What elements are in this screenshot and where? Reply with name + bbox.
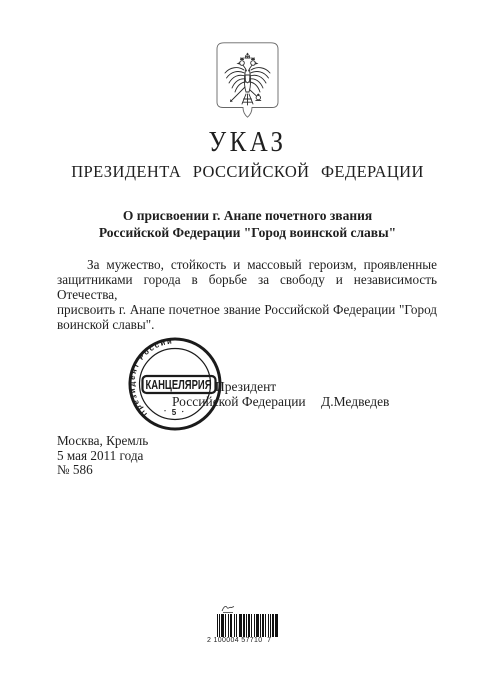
signature-name: Д.Медведев (321, 394, 389, 410)
decree-footer: Москва, Кремль 5 мая 2011 года № 586 (57, 434, 148, 478)
seal-bottom-mark: · 5 · (162, 406, 187, 417)
decree-document-page: УКАЗ ПРЕЗИДЕНТА РОССИЙСКОЙ ФЕДЕРАЦИИ О п… (0, 0, 495, 700)
barcode-bars (217, 614, 278, 637)
decree-body: За мужество, стойкость и массовый героиз… (57, 257, 437, 332)
double-headed-eagle (225, 53, 270, 105)
footer-number: № 586 (57, 463, 148, 478)
heading-line-1: О присвоении г. Анапе почетного звания (0, 208, 495, 225)
russian-coat-of-arms-icon (216, 42, 279, 119)
barcode-mark-icon (221, 605, 237, 614)
body-line: присвоить г. Анапе почетное звание Росси… (57, 302, 437, 317)
signature-title-line-1: Президент (215, 379, 276, 395)
decree-title: УКАЗ (35, 126, 461, 159)
chancellery-seal-icon: Президент Российской Федерации · 5 · КАН… (127, 334, 223, 434)
decree-subtitle: ПРЕЗИДЕНТА РОССИЙСКОЙ ФЕДЕРАЦИИ (0, 162, 495, 182)
seal-center-label: КАНЦЕЛЯРИЯ (146, 378, 212, 392)
footer-place: Москва, Кремль (57, 434, 148, 449)
body-line: За мужество, стойкость и массовый героиз… (57, 257, 437, 272)
heading-line-2: Российской Федерации "Город воинской сла… (0, 225, 495, 242)
footer-date: 5 мая 2011 года (57, 449, 148, 464)
body-line: защитниками города в борьбе за свободу и… (57, 272, 437, 302)
barcode-digits: 2 100004 57710 7 (207, 637, 285, 644)
body-line: воинской славы". (57, 317, 437, 332)
decree-heading: О присвоении г. Анапе почетного звания Р… (0, 208, 495, 241)
registration-barcode: 2 100004 57710 7 (207, 605, 285, 644)
